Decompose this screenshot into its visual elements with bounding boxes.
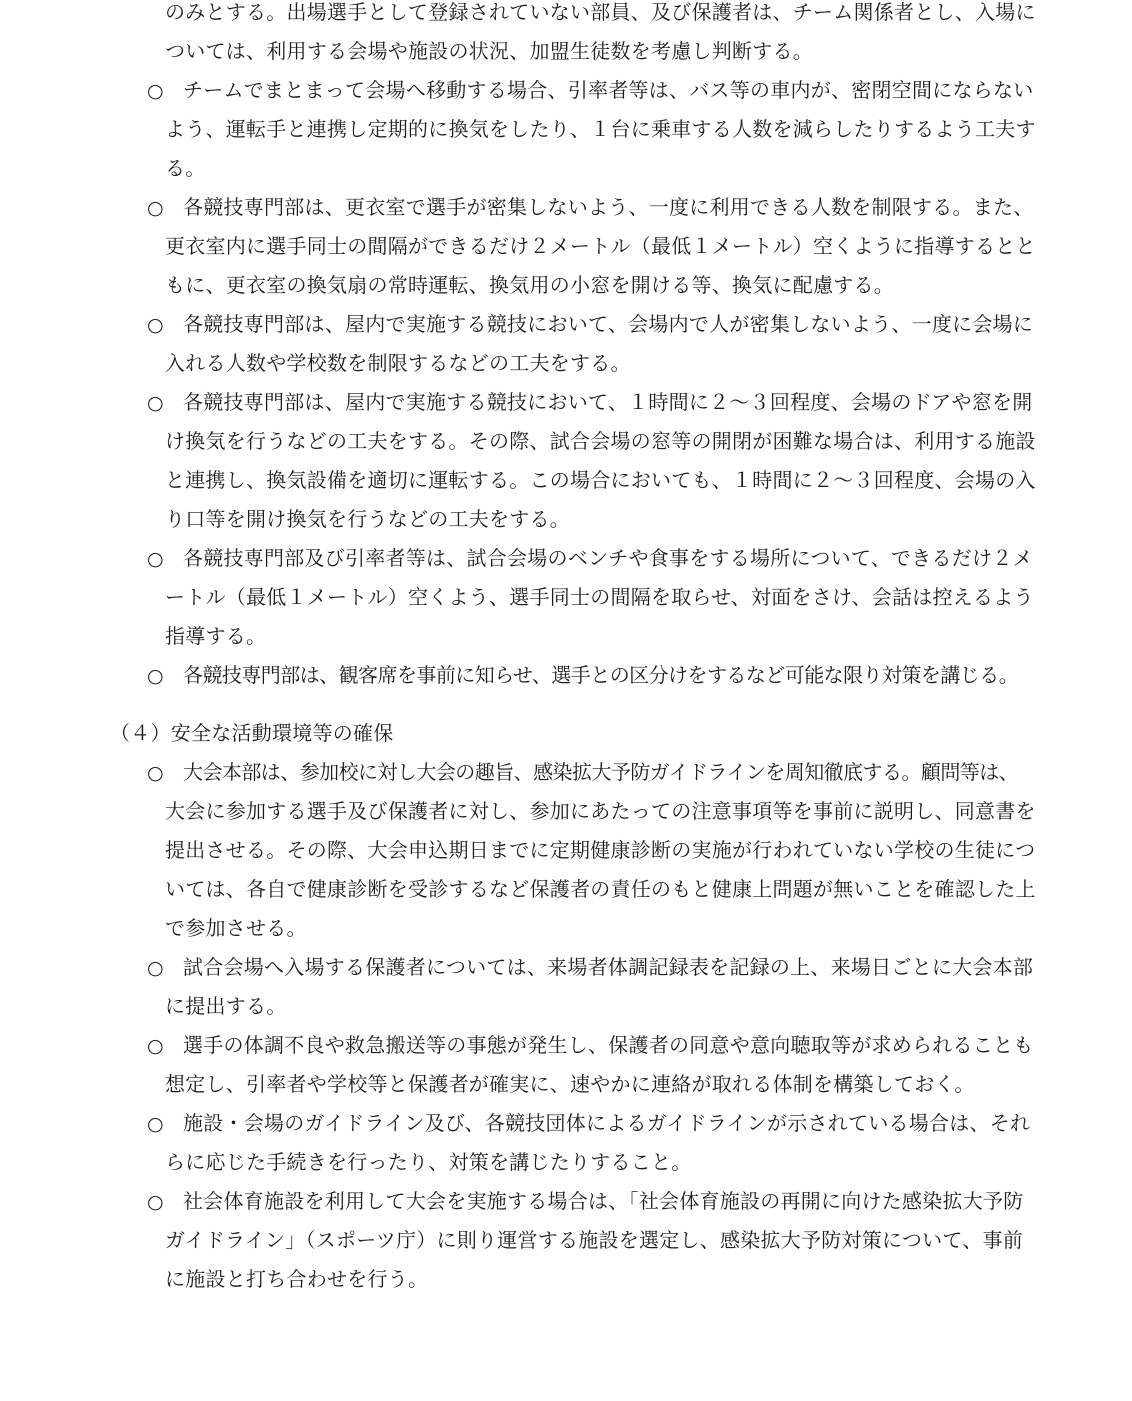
text-line: もに、更衣室の換気扇の常時運転、換気用の小窓を開ける等、換気に配慮する。 [0, 266, 1132, 305]
circle-bullet-marker: ○ [147, 1105, 183, 1144]
text-line: ートル（最低１メートル）空くよう、選手同士の間隔を取らせ、対面をさけ、会話は控え… [0, 578, 1132, 617]
bullet-text: 選手の体調不良や救急搬送等の事態が発生し、保護者の同意や意向聴取等が求められるこ… [183, 1026, 1034, 1065]
text-line: 指導する。 [0, 617, 1132, 656]
bullet-text: 各競技専門部及び引率者等は、試合会場のベンチや食事をする場所について、できるだけ… [183, 539, 1033, 578]
text-line: 大会に参加する選手及び保護者に対し、参加にあたっての注意事項等を事前に説明し、同… [0, 792, 1132, 831]
text-line: に施設と打ち合わせを行う。 [0, 1260, 1132, 1299]
bullet-text: 各競技専門部は、観客席を事前に知らせ、選手との区分けをするなど可能な限り対策を講… [183, 656, 1018, 695]
bullet-line: ○施設・会場のガイドライン及び、各競技団体によるガイドラインが示されている場合は… [0, 1104, 1132, 1143]
text-line: と連携し、換気設備を適切に運転する。この場合においても、１時間に２～３回程度、会… [0, 461, 1132, 500]
circle-bullet-marker: ○ [147, 384, 183, 423]
text-line: り口等を開け換気を行うなどの工夫をする。 [0, 500, 1132, 539]
bullet-line: ○チームでまとまって会場へ移動する場合、引率者等は、バス等の車内が、密閉空間にな… [0, 71, 1132, 110]
text-line: る。 [0, 149, 1132, 188]
bullet-line: ○試合会場へ入場する保護者については、来場者体調記録表を記録の上、来場日ごとに大… [0, 948, 1132, 987]
bullet-text: 社会体育施設を利用して大会を実施する場合は、「社会体育施設の再開に向けた感染拡大… [183, 1182, 1024, 1221]
circle-bullet-marker: ○ [147, 657, 183, 696]
bullet-text: 施設・会場のガイドライン及び、各競技団体によるガイドラインが示されている場合は、… [183, 1104, 1030, 1143]
bullet-line: ○選手の体調不良や救急搬送等の事態が発生し、保護者の同意や意向聴取等が求められる… [0, 1026, 1132, 1065]
bullet-text: 試合会場へ入場する保護者については、来場者体調記録表を記録の上、来場日ごとに大会… [183, 948, 1033, 987]
text-line: 入れる人数や学校数を制限するなどの工夫をする。 [0, 344, 1132, 383]
circle-bullet-marker: ○ [147, 189, 183, 228]
text-line: いては、各自で健康診断を受診するなど保護者の責任のもと健康上問題が無いことを確認… [0, 870, 1132, 909]
bullet-line: ○大会本部は、参加校に対し大会の趣旨、感染拡大予防ガイドラインを周知徹底する。顧… [0, 753, 1132, 792]
circle-bullet-marker: ○ [147, 949, 183, 988]
circle-bullet-marker: ○ [147, 540, 183, 579]
bullet-line: ○各競技専門部は、屋内で実施する競技において、１時間に２～３回程度、会場のドアや… [0, 383, 1132, 422]
circle-bullet-marker: ○ [147, 72, 183, 111]
text-line: ガイドライン」（スポーツ庁）に則り運営する施設を選定し、感染拡大予防対策について… [0, 1221, 1132, 1260]
circle-bullet-marker: ○ [147, 1027, 183, 1066]
text-line: け換気を行うなどの工夫をする。その際、試合会場の窓等の開閉が困難な場合は、利用す… [0, 422, 1132, 461]
text-line: 更衣室内に選手同士の間隔ができるだけ２メートル（最低１メートル）空くように指導す… [0, 227, 1132, 266]
bullet-text: チームでまとまって会場へ移動する場合、引率者等は、バス等の車内が、密閉空間になら… [183, 71, 1034, 110]
bullet-line: ○各競技専門部は、観客席を事前に知らせ、選手との区分けをするなど可能な限り対策を… [0, 656, 1132, 695]
bullet-line: ○各競技専門部は、更衣室で選手が密集しないよう、一度に利用できる人数を制限する。… [0, 188, 1132, 227]
bullet-text: 各競技専門部は、更衣室で選手が密集しないよう、一度に利用できる人数を制限する。ま… [183, 188, 1034, 227]
bullet-line: ○社会体育施設を利用して大会を実施する場合は、「社会体育施設の再開に向けた感染拡… [0, 1182, 1132, 1221]
circle-bullet-marker: ○ [147, 306, 183, 345]
text-line: らに応じた手続きを行ったり、対策を講じたりすること。 [0, 1143, 1132, 1182]
bullet-text: 各競技専門部は、屋内で実施する競技において、会場内で人が密集しないよう、一度に会… [183, 305, 1033, 344]
text-line: に提出する。 [0, 987, 1132, 1026]
section-heading: （４）安全な活動環境等の確保 [0, 714, 1132, 753]
bullet-text: 大会本部は、参加校に対し大会の趣旨、感染拡大予防ガイドラインを周知徹底する。顧問… [183, 753, 1018, 792]
bullet-text: 各競技専門部は、屋内で実施する競技において、１時間に２～３回程度、会場のドアや窓… [183, 383, 1033, 422]
text-line: 想定し、引率者や学校等と保護者が確実に、速やかに連絡が取れる体制を構築しておく。 [0, 1065, 1132, 1104]
text-line: で参加させる。 [0, 909, 1132, 948]
bullet-line: ○各競技専門部は、屋内で実施する競技において、会場内で人が密集しないよう、一度に… [0, 305, 1132, 344]
circle-bullet-marker: ○ [147, 1183, 183, 1222]
text-line: のみとする。出場選手として登録されていない部員、及び保護者は、チーム関係者とし、… [0, 0, 1132, 32]
text-line: ついては、利用する会場や施設の状況、加盟生徒数を考慮し判断する。 [0, 32, 1132, 71]
document-page: のみとする。出場選手として登録されていない部員、及び保護者は、チーム関係者とし、… [0, 0, 1132, 1299]
bullet-line: ○各競技専門部及び引率者等は、試合会場のベンチや食事をする場所について、できるだ… [0, 539, 1132, 578]
circle-bullet-marker: ○ [147, 754, 183, 793]
text-line: よう、運転手と連携し定期的に換気をしたり、１台に乗車する人数を減らしたりするよう… [0, 110, 1132, 149]
text-line: 提出させる。その際、大会申込期日までに定期健康診断の実施が行われていない学校の生… [0, 831, 1132, 870]
